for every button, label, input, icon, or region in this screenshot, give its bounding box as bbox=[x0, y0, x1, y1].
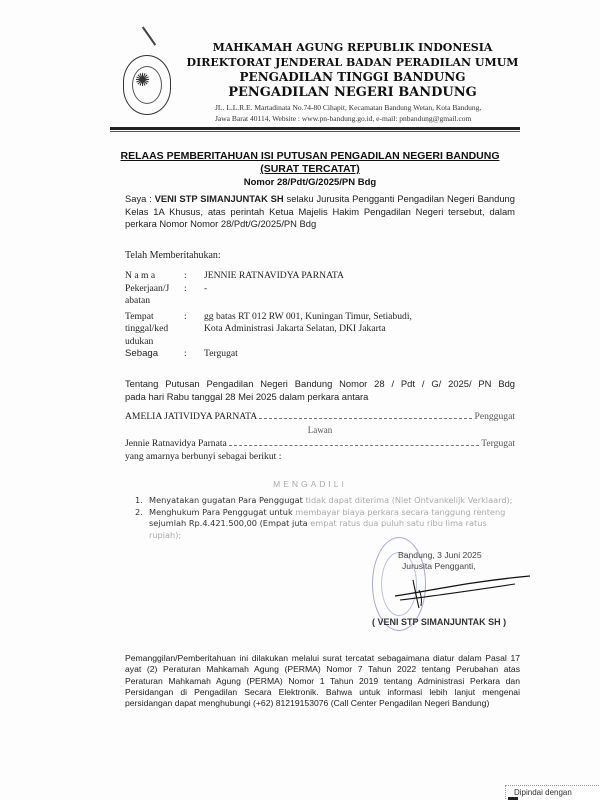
intro-prefix: Saya : bbox=[125, 193, 155, 204]
verdict-text-strong: Menghukum Para Penggugat untuk bbox=[149, 507, 293, 517]
field-label: abatan bbox=[125, 295, 180, 307]
seal-emblem-icon: ✺ bbox=[135, 71, 150, 89]
verdict-heading: MENGADILI bbox=[100, 479, 520, 489]
recipient-row-address-cont: tinggal/ked Kota Administrasi Jakarta Se… bbox=[125, 323, 525, 335]
recipient-row-address: Tempat : gg batas RT 012 RW 001, Kuninga… bbox=[125, 311, 525, 323]
title-line-2: (SURAT TERCATAT) bbox=[100, 163, 520, 176]
signoff-block: Bandung, 3 Juni 2025 Jurusita Pengganti, bbox=[380, 550, 520, 572]
verdict-item-number: 1. bbox=[135, 495, 149, 507]
defendant-row: Jennie Ratnavidya Parnata Tergugat bbox=[125, 437, 515, 450]
signoff-place-date: Bandung, 3 Juni 2025 bbox=[380, 550, 520, 561]
field-label: udukan bbox=[125, 336, 180, 348]
recipient-details: N a m a : JENNIE RATNAVIDYA PARNATA Peke… bbox=[125, 270, 525, 361]
plaintiff-name: AMELIA JATIVIDYA PARNATA bbox=[125, 410, 257, 423]
letterhead-line-2: DIREKTORAT JENDERAL BADAN PERADILAN UMUM bbox=[175, 55, 530, 70]
field-colon bbox=[180, 336, 204, 348]
versus-label: Lawan bbox=[125, 423, 515, 437]
verdict-intro: yang amarnya berbunyi sebagai berikut : bbox=[125, 450, 515, 463]
pen-mark bbox=[142, 26, 156, 45]
field-colon bbox=[180, 295, 204, 307]
field-colon: : bbox=[180, 283, 204, 295]
plaintiff-role: Penggugat bbox=[474, 410, 515, 423]
bailiff-name: VENI STP SIMANJUNTAK SH bbox=[155, 193, 284, 204]
court-seal-icon: ✺ bbox=[123, 55, 171, 115]
document-title: RELAAS PEMBERITAHUAN ISI PUTUSAN PENGADI… bbox=[100, 150, 520, 189]
verdict-item-text: Menyatakan gugatan Para Penggugat tidak … bbox=[149, 495, 520, 507]
signature-icon bbox=[395, 570, 535, 610]
recipient-row-address-cont-2: udukan bbox=[125, 336, 525, 348]
signer-name: ( VENI STP SIMANJUNTAK SH ) bbox=[372, 617, 506, 627]
title-line-1: RELAAS PEMBERITAHUAN ISI PUTUSAN PENGADI… bbox=[100, 150, 520, 163]
recipient-row-occupation: Pekerjaan/J : - bbox=[125, 283, 525, 295]
field-value bbox=[204, 336, 525, 348]
field-label: Sebaga bbox=[125, 348, 180, 360]
field-colon: : bbox=[180, 311, 204, 323]
recipient-address-line-1: gg batas RT 012 RW 001, Kuningan Timur, … bbox=[204, 311, 525, 323]
recipient-row-occupation-cont: abatan bbox=[125, 295, 525, 307]
field-colon bbox=[180, 323, 204, 335]
field-label: Tempat bbox=[125, 311, 180, 323]
address-line-2: Jawa Barat 40114, Website : www.pn-bandu… bbox=[215, 113, 545, 124]
verdict-list: 1. Menyatakan gugatan Para Penggugat tid… bbox=[135, 495, 520, 541]
verdict-item: 1. Menyatakan gugatan Para Penggugat tid… bbox=[135, 495, 520, 507]
notified-label: Telah Memberitahukan: bbox=[125, 250, 221, 261]
intro-paragraph: Saya : VENI STP SIMANJUNTAK SH selaku Ju… bbox=[125, 193, 515, 231]
letterhead-address: JL. L.L.R.E. Martadinata No.74-80 Cihapi… bbox=[175, 102, 545, 124]
letterhead-divider-thin bbox=[110, 131, 520, 132]
defendant-role: Tergugat bbox=[481, 437, 515, 450]
verdict-text-faded: membayar biaya perkara secara tanggung r… bbox=[293, 507, 506, 517]
decision-line-2: pada hari Rabu tanggal 28 Mei 2025 dalam… bbox=[125, 391, 515, 404]
letterhead-line-4: PENGADILAN NEGERI BANDUNG bbox=[175, 85, 530, 100]
recipient-address-line-2: Kota Administrasi Jakarta Selatan, DKI J… bbox=[204, 323, 525, 335]
decision-reference: Tentang Putusan Pengadilan Negeri Bandun… bbox=[125, 378, 515, 403]
address-line-1: JL. L.L.R.E. Martadinata No.74-80 Cihapi… bbox=[215, 102, 545, 113]
verdict-text-strong: sejumlah Rp.4.421.500,00 (Empat juta bbox=[149, 518, 308, 528]
field-colon: : bbox=[180, 348, 204, 360]
footer-notice: Pemanggilan/Pemberitahuan ini dilakukan … bbox=[125, 653, 520, 709]
verdict-item-number: 2. bbox=[135, 507, 149, 542]
decision-line-1: Tentang Putusan Pengadilan Negeri Bandun… bbox=[125, 378, 515, 391]
recipient-row-name: N a m a : JENNIE RATNAVIDYA PARNATA bbox=[125, 270, 525, 282]
verdict-item: 2. Menghukum Para Penggugat untuk membay… bbox=[135, 507, 520, 542]
letterhead-line-3: PENGADILAN TINGGI BANDUNG bbox=[175, 70, 530, 85]
field-label: tinggal/ked bbox=[125, 323, 180, 335]
field-value bbox=[204, 295, 525, 307]
dotted-leader bbox=[259, 417, 472, 419]
recipient-name: JENNIE RATNAVIDYA PARNATA bbox=[204, 270, 525, 282]
verdict-text-faded: tidak dapat diterima (Niet Ontvankelijk … bbox=[303, 495, 513, 505]
field-label: N a m a bbox=[125, 270, 180, 282]
verdict-text-strong: Menyatakan gugatan Para Penggugat bbox=[149, 495, 303, 505]
letterhead: MAHKAMAH AGUNG REPUBLIK INDONESIA DIREKT… bbox=[175, 40, 530, 100]
letterhead-line-1: MAHKAMAH AGUNG REPUBLIK INDONESIA bbox=[175, 40, 530, 55]
letterhead-divider bbox=[110, 127, 520, 130]
document-page: ✺ MAHKAMAH AGUNG REPUBLIK INDONESIA DIRE… bbox=[0, 0, 600, 800]
scan-badge: Dipindai dengan bbox=[505, 785, 600, 800]
defendant-name: Jennie Ratnavidya Parnata bbox=[125, 437, 227, 450]
recipient-role: Tergugat bbox=[204, 348, 525, 360]
field-colon: : bbox=[180, 270, 204, 282]
case-parties: AMELIA JATIVIDYA PARNATA Penggugat Lawan… bbox=[125, 410, 515, 463]
recipient-row-role: Sebaga : Tergugat bbox=[125, 348, 525, 360]
recipient-occupation: - bbox=[204, 283, 525, 295]
case-number: Nomor 28/Pdt/G/2025/PN Bdg bbox=[100, 176, 520, 189]
verdict-item-text: Menghukum Para Penggugat untuk membayar … bbox=[149, 507, 520, 542]
plaintiff-row: AMELIA JATIVIDYA PARNATA Penggugat bbox=[125, 410, 515, 423]
dotted-leader bbox=[229, 444, 479, 446]
field-label: Pekerjaan/J bbox=[125, 283, 180, 295]
